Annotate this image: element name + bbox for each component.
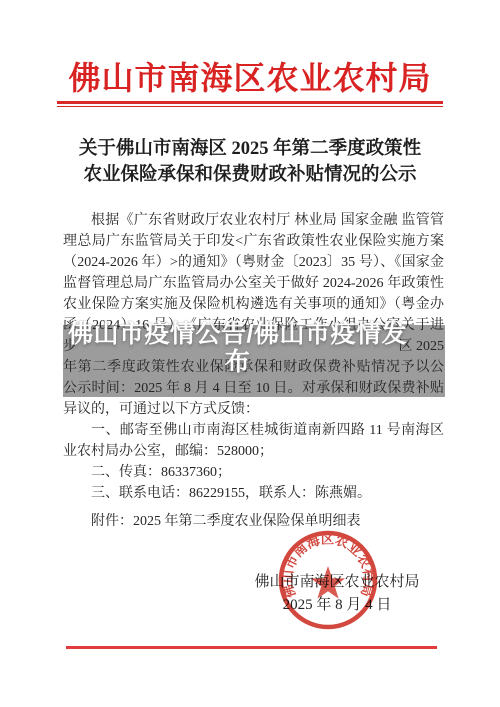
body-line: 监督管理总局广东监管局办公室关于做好 2024-2026 年政策性 (63, 273, 444, 294)
body-line: 一、邮寄至佛山市南海区桂城街道南新四路 11 号南海区农 (63, 420, 444, 441)
document-page: 佛山市南海区农业农村局 关于佛山市南海区 2025 年第二季度政策性 农业保险承… (0, 0, 500, 707)
letterhead-rule-thick (57, 101, 443, 104)
document-title: 关于佛山市南海区 2025 年第二季度政策性 农业保险承保和保费财政补贴情况的公… (30, 137, 470, 188)
body-line: 公示时间：2025 年 8 月 4 日至 10 日。对承保和财政保费补贴有 (63, 378, 444, 399)
seal-star-icon (311, 566, 345, 599)
body-line: 农业保险方案实施及保险机构遴选有关事项的通知》（粤金办便 (63, 294, 444, 315)
body-line: 三、联系电话：86229155，联系人：陈燕媚。 (63, 483, 444, 504)
watermark-overlay-title: 佛山市疫情公告/佛山市疫情发 布 (0, 321, 475, 376)
body-line: 业农村局办公室，邮编：528000； (63, 441, 444, 462)
body-line: （2024-2026 年）>的通知》（粤财金〔2023〕35 号）、《国家金融 (63, 252, 444, 273)
agency-letterhead: 佛山市南海区农业农村局 (0, 58, 500, 98)
body-line: 根据《广东省财政厅农业农村厅 林业局 国家金融 监管管 (63, 210, 444, 231)
body-line: 二、传真：86337360； (63, 462, 444, 483)
attachment-line: 附件：2025 年第二季度农业保险保单明细表 (63, 511, 444, 532)
letterhead-rule-thin (57, 106, 443, 107)
watermark-line2: 布 (0, 349, 475, 377)
footer-rule (66, 646, 437, 649)
official-seal: 佛山市南海区农业农村局 (276, 528, 380, 632)
body-line: 异议的，可通过以下方式反馈： (63, 399, 444, 420)
watermark-line1: 佛山市疫情公告/佛山市疫情发 (0, 321, 475, 349)
body-line: 理总局广东监管局关于印发<广东省政策性农业保险实施方案 (63, 231, 444, 252)
document-title-line2: 农业保险承保和保费财政补贴情况的公示 (30, 163, 470, 189)
document-title-line1: 关于佛山市南海区 2025 年第二季度政策性 (30, 137, 470, 163)
